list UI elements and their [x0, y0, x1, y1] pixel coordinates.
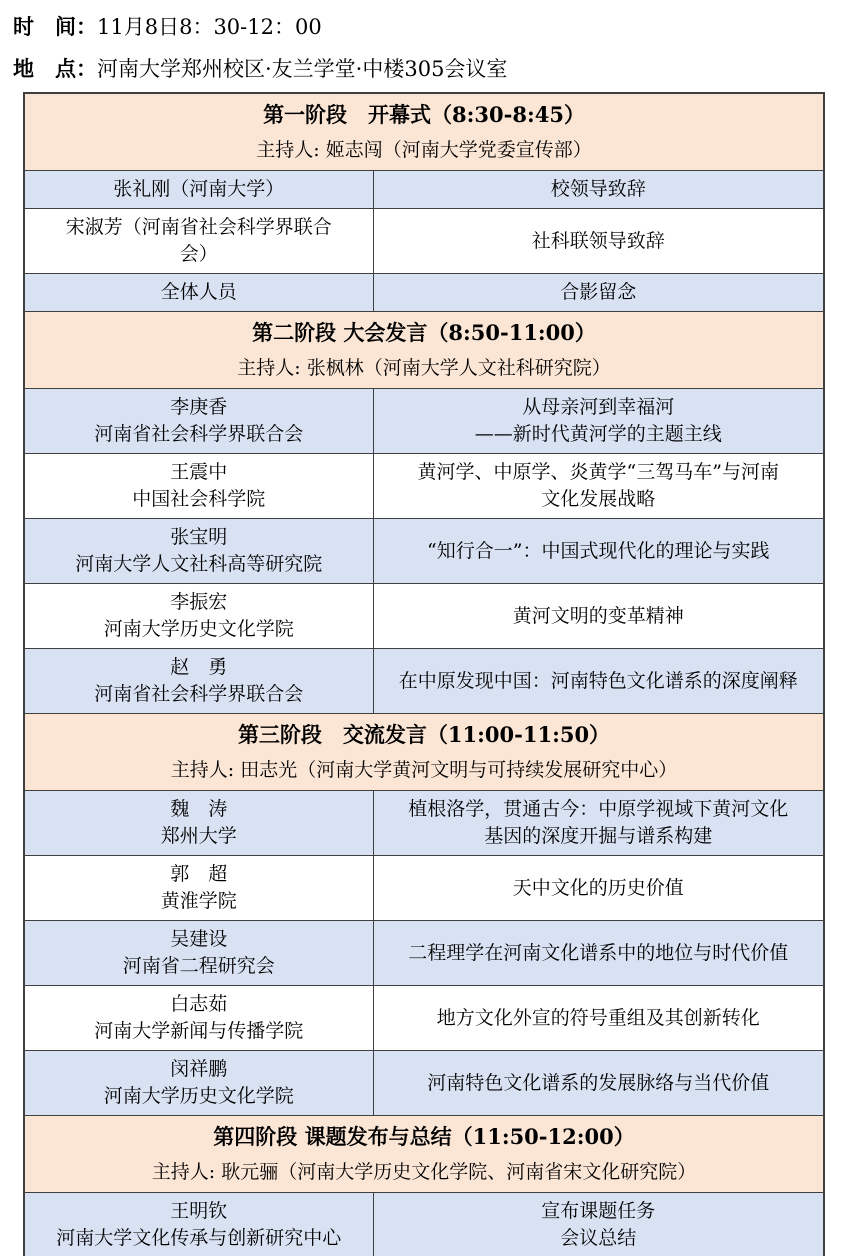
section-host: 主持人: 耿元骊（河南大学历史文化学院、河南省宋文化研究院） — [31, 1155, 817, 1189]
table-row: 郭 超 黄淮学院 天中文化的历史价值 — [24, 856, 824, 921]
speaker-cell: 宋淑芳（河南省社会科学界联合 会） — [24, 209, 373, 274]
table-row: 全体人员 合影留念 — [24, 274, 824, 312]
topic-cell: 社科联领导致辞 — [373, 209, 824, 274]
section-host: 主持人: 张枫林（河南大学人文社科研究院） — [31, 351, 817, 385]
table-row: 李振宏 河南大学历史文化学院 黄河文明的变革精神 — [24, 584, 824, 649]
speaker-cell: 闵祥鹏 河南大学历史文化学院 — [24, 1051, 373, 1116]
speaker-cell: 郭 超 黄淮学院 — [24, 856, 373, 921]
place-value: 河南大学郑州校区·友兰学堂·中楼305会议室 — [97, 57, 507, 81]
place-label: 地 点： — [13, 56, 97, 81]
speaker-cell: 王明钦 河南大学文化传承与创新研究中心 — [24, 1193, 373, 1256]
section-title: 第一阶段 开幕式（8:30-8:45） — [31, 97, 817, 133]
section-header-cell: 第四阶段 课题发布与总结（11:50-12:00） 主持人: 耿元骊（河南大学历… — [24, 1116, 824, 1193]
section-title: 第二阶段 大会发言（8:50-11:00） — [31, 315, 817, 351]
topic-cell: 校领导致辞 — [373, 171, 824, 209]
topic-cell: 天中文化的历史价值 — [373, 856, 824, 921]
time-label: 时 间： — [13, 14, 97, 39]
table-row: 王震中 中国社会科学院 黄河学、中原学、炎黄学“三驾马车”与河南 文化发展战略 — [24, 454, 824, 519]
speaker-cell: 白志茹 河南大学新闻与传播学院 — [24, 986, 373, 1051]
time-value: 11月8日8：30-12：00 — [97, 15, 322, 39]
section-header-cell: 第二阶段 大会发言（8:50-11:00） 主持人: 张枫林（河南大学人文社科研… — [24, 312, 824, 389]
speaker-cell: 张礼刚（河南大学） — [24, 171, 373, 209]
topic-cell: 合影留念 — [373, 274, 824, 312]
table-row: 闵祥鹏 河南大学历史文化学院 河南特色文化谱系的发展脉络与当代价值 — [24, 1051, 824, 1116]
speaker-cell: 吴建设 河南省二程研究会 — [24, 921, 373, 986]
meta-block: 时 间：11月8日8：30-12：00 地 点：河南大学郑州校区·友兰学堂·中楼… — [13, 4, 846, 92]
meta-line-place: 地 点：河南大学郑州校区·友兰学堂·中楼305会议室 — [13, 48, 846, 90]
topic-cell: “知行合一”：中国式现代化的理论与实践 — [373, 519, 824, 584]
section-host: 主持人: 田志光（河南大学黄河文明与可持续发展研究中心） — [31, 753, 817, 787]
speaker-cell: 张宝明 河南大学人文社科高等研究院 — [24, 519, 373, 584]
section-header-2: 第二阶段 大会发言（8:50-11:00） 主持人: 张枫林（河南大学人文社科研… — [24, 312, 824, 389]
agenda-page: 时 间：11月8日8：30-12：00 地 点：河南大学郑州校区·友兰学堂·中楼… — [0, 0, 846, 1256]
speaker-cell: 赵 勇 河南省社会科学界联合会 — [24, 649, 373, 714]
section-host: 主持人: 姬志闯（河南大学党委宣传部） — [31, 133, 817, 167]
speaker-cell: 全体人员 — [24, 274, 373, 312]
speaker-cell: 李庚香 河南省社会科学界联合会 — [24, 389, 373, 454]
section-header-cell: 第三阶段 交流发言（11:00-11:50） 主持人: 田志光（河南大学黄河文明… — [24, 714, 824, 791]
table-row: 吴建设 河南省二程研究会 二程理学在河南文化谱系中的地位与时代价值 — [24, 921, 824, 986]
table-row: 白志茹 河南大学新闻与传播学院 地方文化外宣的符号重组及其创新转化 — [24, 986, 824, 1051]
meta-line-time: 时 间：11月8日8：30-12：00 — [13, 6, 846, 48]
agenda-table: 第一阶段 开幕式（8:30-8:45） 主持人: 姬志闯（河南大学党委宣传部） … — [23, 92, 825, 1256]
topic-cell: 在中原发现中国：河南特色文化谱系的深度阐释 — [373, 649, 824, 714]
topic-cell: 河南特色文化谱系的发展脉络与当代价值 — [373, 1051, 824, 1116]
table-row: 赵 勇 河南省社会科学界联合会 在中原发现中国：河南特色文化谱系的深度阐释 — [24, 649, 824, 714]
table-row: 宋淑芳（河南省社会科学界联合 会） 社科联领导致辞 — [24, 209, 824, 274]
topic-cell: 黄河文明的变革精神 — [373, 584, 824, 649]
section-header-4: 第四阶段 课题发布与总结（11:50-12:00） 主持人: 耿元骊（河南大学历… — [24, 1116, 824, 1193]
table-row: 张礼刚（河南大学） 校领导致辞 — [24, 171, 824, 209]
speaker-cell: 李振宏 河南大学历史文化学院 — [24, 584, 373, 649]
section-title: 第四阶段 课题发布与总结（11:50-12:00） — [31, 1119, 817, 1155]
speaker-cell: 魏 涛 郑州大学 — [24, 791, 373, 856]
topic-cell: 从母亲河到幸福河 ——新时代黄河学的主题主线 — [373, 389, 824, 454]
table-row: 魏 涛 郑州大学 植根洛学，贯通古今：中原学视域下黄河文化 基因的深度开掘与谱系… — [24, 791, 824, 856]
speaker-cell: 王震中 中国社会科学院 — [24, 454, 373, 519]
topic-cell: 二程理学在河南文化谱系中的地位与时代价值 — [373, 921, 824, 986]
topic-cell: 宣布课题任务 会议总结 — [373, 1193, 824, 1256]
topic-cell: 植根洛学，贯通古今：中原学视域下黄河文化 基因的深度开掘与谱系构建 — [373, 791, 824, 856]
topic-cell: 地方文化外宣的符号重组及其创新转化 — [373, 986, 824, 1051]
section-header-cell: 第一阶段 开幕式（8:30-8:45） 主持人: 姬志闯（河南大学党委宣传部） — [24, 93, 824, 171]
section-header-1: 第一阶段 开幕式（8:30-8:45） 主持人: 姬志闯（河南大学党委宣传部） — [24, 93, 824, 171]
section-title: 第三阶段 交流发言（11:00-11:50） — [31, 717, 817, 753]
section-header-3: 第三阶段 交流发言（11:00-11:50） 主持人: 田志光（河南大学黄河文明… — [24, 714, 824, 791]
table-row: 李庚香 河南省社会科学界联合会 从母亲河到幸福河 ——新时代黄河学的主题主线 — [24, 389, 824, 454]
topic-cell: 黄河学、中原学、炎黄学“三驾马车”与河南 文化发展战略 — [373, 454, 824, 519]
table-row: 王明钦 河南大学文化传承与创新研究中心 宣布课题任务 会议总结 — [24, 1193, 824, 1256]
table-row: 张宝明 河南大学人文社科高等研究院 “知行合一”：中国式现代化的理论与实践 — [24, 519, 824, 584]
